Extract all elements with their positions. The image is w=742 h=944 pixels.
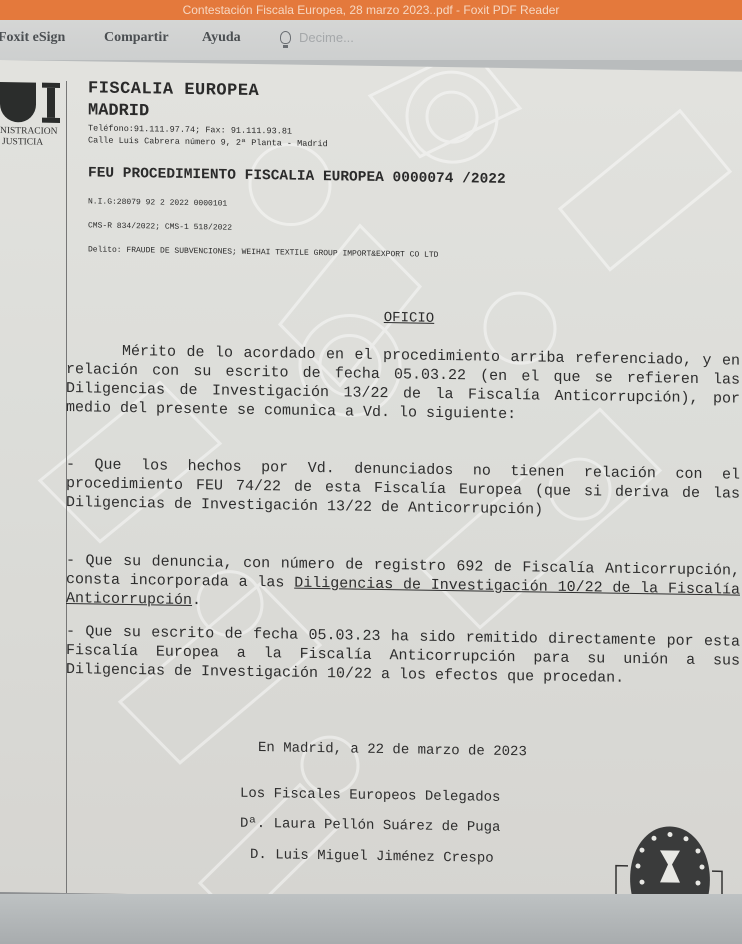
pdf-page: NISTRACION JUSTICIA FISCALIA EUROPEA MAD… [0, 60, 742, 904]
point-2-end: . [192, 592, 201, 609]
document-heading: OFICIO [0, 304, 742, 332]
viewer-background [0, 894, 742, 944]
menu-ayuda[interactable]: Ayuda [202, 30, 241, 46]
window-title-bar: Contestación Fiscala Europea, 28 marzo 2… [0, 0, 742, 20]
pillar-icon [42, 83, 60, 123]
org-city: MADRID [88, 101, 149, 121]
logo-text-line2: JUSTICIA [0, 137, 58, 149]
lightbulb-icon [280, 31, 291, 44]
nig-number: N.I.G:28079 92 2 2022 0000101 [88, 197, 227, 208]
org-name: FISCALIA EUROPEA [88, 79, 259, 101]
coat-of-arms-icon [0, 82, 36, 123]
tell-me-placeholder: Decime... [299, 30, 354, 45]
logo-text-line1: NISTRACION [0, 126, 58, 138]
paragraph-intro: Mérito de lo acordado en el procedimient… [66, 341, 740, 428]
tell-me-search[interactable]: Decime... [280, 30, 354, 45]
org-address: Calle Luis Cabrera número 9, 2ª Planta -… [88, 135, 328, 149]
paragraph-point-2: - Que su denuncia, con número de registr… [66, 551, 740, 619]
cms-numbers: CMS-R 834/2022; CMS-1 518/2022 [88, 221, 232, 232]
signature-name-2: D. Luis Miguel Jiménez Crespo [250, 847, 494, 867]
logo-text: NISTRACION JUSTICIA [0, 126, 58, 149]
european-prosecutor-seal-icon [614, 820, 724, 904]
menu-compartir[interactable]: Compartir [104, 30, 169, 46]
window-title: Contestación Fiscala Europea, 28 marzo 2… [183, 3, 560, 17]
offense-line: Delito: FRAUDE DE SUBVENCIONES; WEIHAI T… [88, 245, 438, 260]
org-phone-fax: Teléfono:91.111.97.74; Fax: 91.111.93.81 [88, 123, 292, 136]
justice-ministry-logo: NISTRACION JUSTICIA [0, 80, 66, 151]
menu-bar: Foxit eSign Compartir Ayuda Decime... [0, 20, 742, 60]
menu-foxit-esign[interactable]: Foxit eSign [0, 30, 65, 46]
paragraph-point-3: - Que su escrito de fecha 05.03.23 ha si… [66, 622, 740, 690]
signature-name-1: Dª. Laura Pellón Suárez de Puga [240, 816, 500, 836]
paragraph-point-1: - Que los hechos por Vd. denunciados no … [66, 455, 740, 523]
procedure-title: FEU PROCEDIMIENTO FISCALIA EUROPEA 00000… [88, 165, 506, 188]
signature-place-date: En Madrid, a 22 de marzo de 2023 [258, 740, 527, 760]
signature-role: Los Fiscales Europeos Delegados [240, 786, 500, 806]
